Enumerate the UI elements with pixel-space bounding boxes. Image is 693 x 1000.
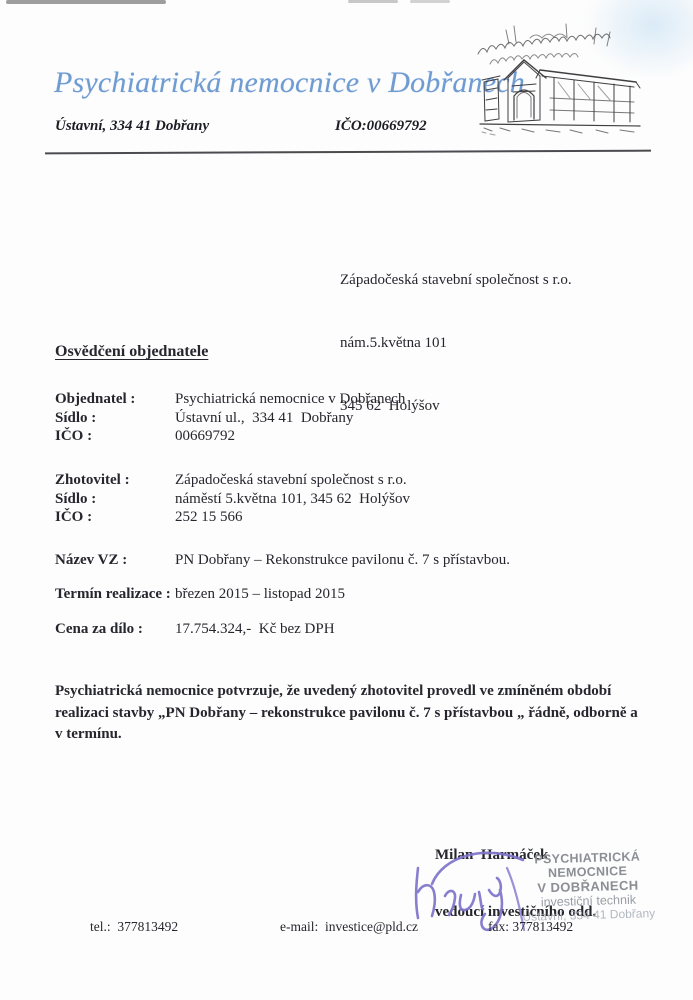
- organization-address: Ústavní, 334 41 Dobřany: [55, 118, 209, 135]
- field-value: Ústavní ul., 334 41 Dobřany: [175, 410, 353, 426]
- footer-fax: fax: 377813492: [488, 919, 573, 935]
- field-label: Zhotovitel :: [55, 471, 175, 490]
- contractor-fields: Zhotovitel :Západočeská stavební společn…: [55, 471, 410, 527]
- field-row: IČO :252 15 566: [55, 508, 410, 527]
- field-label: Název VZ :: [55, 552, 175, 569]
- field-label: Termín realizace :: [55, 586, 175, 603]
- confirmation-statement: Psychiatrická nemocnice potvrzuje, že uv…: [55, 681, 649, 746]
- field-value: náměstí 5.května 101, 345 62 Holýšov: [175, 491, 410, 507]
- field-row-termin: Termín realizace :březen 2015 – listopad…: [55, 586, 345, 603]
- field-row-nazev-vz: Název VZ :PN Dobřany – Rekonstrukce pavi…: [55, 552, 510, 569]
- recipient-line: nám.5.května 101: [340, 333, 572, 354]
- field-value: 17.754.324,- Kč bez DPH: [175, 621, 335, 637]
- field-value: PN Dobřany – Rekonstrukce pavilonu č. 7 …: [175, 552, 510, 568]
- field-label: IČO :: [55, 508, 175, 527]
- field-value: Psychiatrická nemocnice v Dobřanech: [175, 391, 405, 407]
- field-value: Západočeská stavební společnost s r.o.: [175, 472, 407, 488]
- organization-ico: IČO:00669792: [335, 118, 427, 135]
- field-row: Sídlo :Ústavní ul., 334 41 Dobřany: [55, 409, 405, 428]
- scan-artifact: [6, 0, 166, 4]
- field-row-cena: Cena za dílo :17.754.324,- Kč bez DPH: [55, 621, 335, 638]
- field-row: Sídlo :náměstí 5.května 101, 345 62 Holý…: [55, 490, 410, 509]
- scanned-document-page: Psychiatrická nemocnice v Dobřanech Ústa…: [0, 0, 693, 1000]
- organization-title: Psychiatrická nemocnice v Dobřanech: [54, 66, 525, 100]
- field-label: IČO :: [55, 427, 175, 446]
- field-row: Zhotovitel :Západočeská stavební společn…: [55, 471, 410, 490]
- field-label: Sídlo :: [55, 409, 175, 428]
- footer-tel: tel.: 377813492: [90, 919, 178, 935]
- field-value: 00669792: [175, 428, 235, 444]
- field-label: Objednatel :: [55, 390, 175, 409]
- recipient-line: Západočeská stavební společnost s r.o.: [340, 270, 572, 291]
- field-label: Cena za dílo :: [55, 621, 175, 638]
- field-row: Objednatel :Psychiatrická nemocnice v Do…: [55, 390, 405, 409]
- client-fields: Objednatel :Psychiatrická nemocnice v Do…: [55, 390, 405, 446]
- footer-email: e-mail: investice@pld.cz: [280, 919, 418, 935]
- hospital-gate-sketch-icon: [470, 20, 650, 140]
- field-row: IČO :00669792: [55, 427, 405, 446]
- header-divider: [45, 150, 651, 155]
- field-value: březen 2015 – listopad 2015: [175, 586, 345, 602]
- document-title: Osvědčení objednatele: [55, 343, 208, 361]
- field-value: 252 15 566: [175, 509, 243, 525]
- field-label: Sídlo :: [55, 490, 175, 509]
- scan-artifact: [410, 0, 450, 3]
- scan-artifact: [348, 0, 398, 3]
